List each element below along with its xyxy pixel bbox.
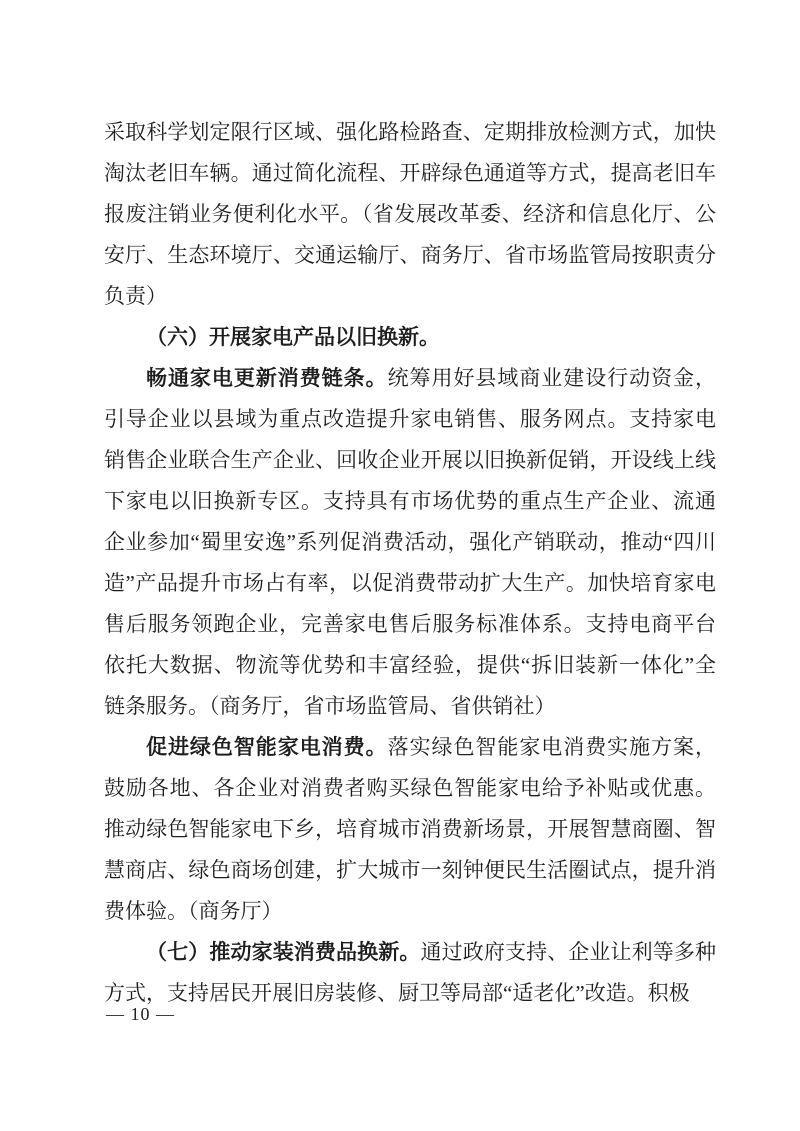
text-line: 采取科学划定限行区域、强化路检路查、定期排放检测方式，加快 — [104, 112, 716, 153]
emphasis-text: （六）开展家电产品以旧换新。 — [146, 325, 440, 349]
text-line: 推动绿色智能家电下乡，培育城市消费新场景，开展智慧商圈、智 — [104, 809, 716, 850]
text-line: 链条服务。（商务厅，省市场监管局、省供销社） — [104, 686, 716, 727]
emphasis-text: （七）推动家装消费品换新。 — [146, 940, 421, 964]
page-number-footer: — 10 — — [106, 1001, 175, 1027]
emphasis-text: 畅通家电更新消费链条。 — [146, 366, 388, 390]
text-line: 企业参加“蜀里安逸”系列促消费活动，强化产销联动，推动“四川 — [104, 522, 716, 563]
body-text: 落实绿色智能家电消费实施方案， — [388, 735, 716, 759]
paragraph-appliance-renewal-chain: 畅通家电更新消费链条。统筹用好县域商业建设行动资金，引导企业以县域为重点改造提升… — [104, 358, 716, 727]
body-text: 售后服务领跑企业，完善家电售后服务标准体系。支持电商平台 — [104, 612, 716, 636]
body-text: 慧商店、绿色商场创建，扩大城市一刻钟便民生活圈试点，提升消 — [104, 858, 716, 882]
document-body: 采取科学划定限行区域、强化路检路查、定期排放检测方式，加快淘汰老旧车辆。通过简化… — [104, 112, 716, 1014]
text-line: 促进绿色智能家电消费。落实绿色智能家电消费实施方案， — [104, 727, 716, 768]
body-text: 报废注销业务便利化水平。（省发展改革委、经济和信息化厅、公 — [104, 202, 716, 226]
heading-section-6: （六）开展家电产品以旧换新。 — [104, 317, 716, 358]
text-line: 引导企业以县域为重点改造提升家电销售、服务网点。支持家电 — [104, 399, 716, 440]
body-text: 引导企业以县域为重点改造提升家电销售、服务网点。支持家电 — [104, 407, 716, 431]
body-text: 淘汰老旧车辆。通过简化流程、开辟绿色通道等方式，提高老旧车 — [104, 161, 716, 185]
text-line: 销售企业联合生产企业、回收企业开展以旧换新促销，开设线上线 — [104, 440, 716, 481]
text-line: 负责） — [104, 276, 716, 317]
text-line: 鼓励各地、各企业对消费者购买绿色智能家电给予补贴或优惠。 — [104, 768, 716, 809]
text-line: 依托大数据、物流等优势和丰富经验，提供“拆旧装新一体化”全 — [104, 645, 716, 686]
text-line: 造”产品提升市场占有率，以促消费带动扩大生产。加快培育家电 — [104, 563, 716, 604]
body-text: 负责） — [104, 284, 167, 308]
emphasis-text: 促进绿色智能家电消费。 — [146, 735, 388, 759]
paragraph-vehicle-scrappage: 采取科学划定限行区域、强化路检路查、定期排放检测方式，加快淘汰老旧车辆。通过简化… — [104, 112, 716, 317]
text-line: （七）推动家装消费品换新。通过政府支持、企业让利等多种 — [104, 932, 716, 973]
body-text: 费体验。（商务厅） — [104, 899, 283, 923]
body-text: 链条服务。（商务厅，省市场监管局、省供销社） — [104, 694, 556, 718]
body-text: 销售企业联合生产企业、回收企业开展以旧换新促销，开设线上线 — [104, 448, 716, 472]
body-text: 通过政府支持、企业让利等多种 — [421, 940, 717, 964]
body-text: 安厅、生态环境厅、交通运输厅、商务厅、省市场监管局按职责分工 — [104, 243, 716, 276]
text-line: 费体验。（商务厅） — [104, 891, 716, 932]
text-line: 安厅、生态环境厅、交通运输厅、商务厅、省市场监管局按职责分工 — [104, 235, 716, 276]
body-text: 依托大数据、物流等优势和丰富经验，提供“拆旧装新一体化”全 — [104, 653, 716, 677]
document-page: 采取科学划定限行区域、强化路检路查、定期排放检测方式，加快淘汰老旧车辆。通过简化… — [0, 0, 800, 1131]
body-text: 下家电以旧换新专区。支持具有市场优势的重点生产企业、流通 — [104, 489, 716, 513]
body-text: 造”产品提升市场占有率，以促消费带动扩大生产。加快培育家电 — [104, 571, 716, 595]
body-text: 采取科学划定限行区域、强化路检路查、定期排放检测方式，加快 — [104, 120, 716, 144]
body-text: 企业参加“蜀里安逸”系列促消费活动，强化产销联动，推动“四川 — [104, 530, 716, 554]
paragraph-section-7-home-renovation: （七）推动家装消费品换新。通过政府支持、企业让利等多种方式，支持居民开展旧房装修… — [104, 932, 716, 1014]
text-line: （六）开展家电产品以旧换新。 — [104, 317, 716, 358]
body-text: 统筹用好县域商业建设行动资金， — [388, 366, 716, 390]
body-text: 推动绿色智能家电下乡，培育城市消费新场景，开展智慧商圈、智 — [104, 817, 716, 841]
text-line: 慧商店、绿色商场创建，扩大城市一刻钟便民生活圈试点，提升消 — [104, 850, 716, 891]
text-line: 畅通家电更新消费链条。统筹用好县域商业建设行动资金， — [104, 358, 716, 399]
text-line: 淘汰老旧车辆。通过简化流程、开辟绿色通道等方式，提高老旧车 — [104, 153, 716, 194]
paragraph-green-smart-appliances: 促进绿色智能家电消费。落实绿色智能家电消费实施方案，鼓励各地、各企业对消费者购买… — [104, 727, 716, 932]
body-text: 方式，支持居民开展旧房装修、厨卫等局部“适老化”改造。积极 — [104, 981, 690, 1005]
text-line: 方式，支持居民开展旧房装修、厨卫等局部“适老化”改造。积极 — [104, 973, 716, 1014]
body-text: 鼓励各地、各企业对消费者购买绿色智能家电给予补贴或优惠。 — [104, 776, 716, 800]
text-line: 售后服务领跑企业，完善家电售后服务标准体系。支持电商平台 — [104, 604, 716, 645]
text-line: 下家电以旧换新专区。支持具有市场优势的重点生产企业、流通 — [104, 481, 716, 522]
text-line: 报废注销业务便利化水平。（省发展改革委、经济和信息化厅、公 — [104, 194, 716, 235]
